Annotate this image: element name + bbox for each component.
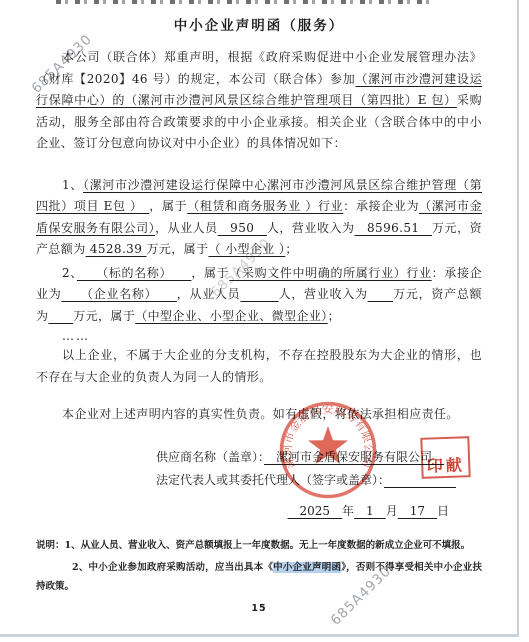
declaration-paragraph: 本公司（联合体）郑重声明，根据《政府采购促进中小企业发展管理办法》（财库【202… [36,47,482,155]
page-right-edge [517,0,519,636]
responsibility-paragraph: 本企业对上述声明内容的真实性负责。如有虚假，将依法承担相应责任。 [36,404,482,426]
document-body: 中小企业声明函（服务） 本公司（联合体）郑重声明，根据《政府采购促进中小企业发展… [36,0,482,614]
item-2-paragraph: 2、 （标的名称） ，属于（采购文件中明确的所属行业）行业：承接企业为 （企业名… [36,263,482,328]
document-page: 685A4930 685A4930 685A4930 中小企业声明函（服务） 本… [0,0,529,642]
ellipsis-line: …… [36,327,482,345]
highlighted-text: 中小企业声明函 [273,562,341,573]
item-1-paragraph: 1、（漯河市沙澧河建设运行保障中心漯河市沙澧河风景区综合维护管理（第四批）项目 … [36,175,482,261]
date-line: 2025 年 1 月 17 日 [156,500,482,524]
page-number: 15 [36,603,482,614]
branch-statement-paragraph: 以上企业，不属于大企业的分支机构，不存在控股股东为大企业的情形，也不存在与大企业… [36,345,482,388]
note-2: 2、中小企业参加政府采购活动，应当出具本《中小企业声明函》，否则不得享受相关中小… [36,558,482,596]
signature-block: 供应商名称（盖章）： 漯河市金盾保安服务有限公司 法定代表人或其委托代理人（签字… [156,446,482,524]
notes-section: 说明：1、从业人员、营业收入、资产总额填报上一年度数据。无上一年度数据的新成立企… [36,536,482,596]
page-title: 中小企业声明函（服务） [36,14,482,34]
page-bottom-edge [0,634,519,637]
legal-representative-line: 法定代表人或其委托代理人（签字或盖章）： [156,469,482,493]
supplier-name-line: 供应商名称（盖章）： 漯河市金盾保安服务有限公司 [156,446,482,470]
note-1: 说明：1、从业人员、营业收入、资产总额填报上一年度数据。无上一年度数据的新成立企… [36,536,482,555]
